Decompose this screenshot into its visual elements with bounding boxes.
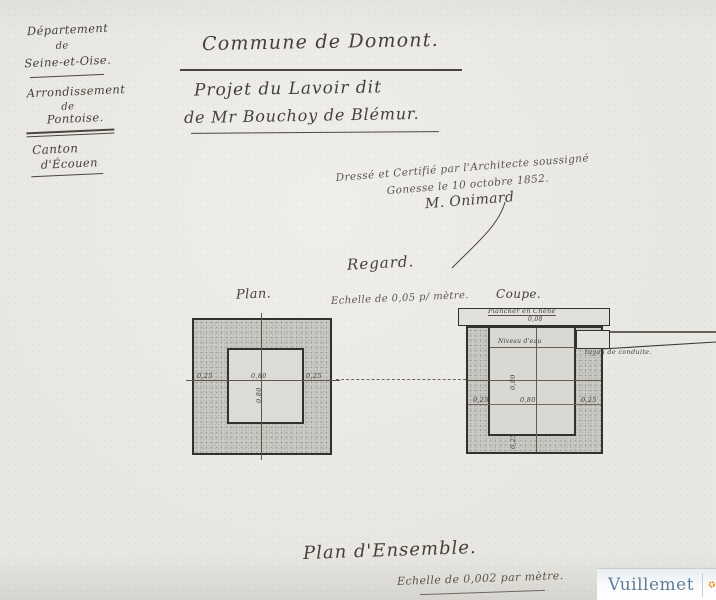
arrondissement-line1: Arrondissement	[26, 82, 125, 100]
project-line2: de Mr Bouchoy de Blémur.	[184, 104, 420, 127]
coupe-dim-depth: 0,80	[509, 374, 517, 390]
ensemble-scale: Echelle de 0,002 par mètre.	[397, 569, 564, 588]
plan-scale: Echelle de 0,05 p/ mètre.	[331, 290, 469, 307]
canton-line2: d'Écouen	[40, 155, 98, 171]
arrondissement-line3: Pontoise.	[47, 110, 104, 126]
coupe-dim-line	[468, 404, 601, 405]
plan-inner-basin	[227, 348, 304, 424]
plan-centerline-h	[186, 380, 340, 381]
plan-label: Plan.	[236, 286, 272, 302]
plan-dim-center: 0,80	[251, 372, 267, 380]
plan-dim-left: 0,25	[197, 372, 213, 380]
pipe-label: tuyau de conduite.	[585, 348, 652, 356]
project-line1: Projet du Lavoir dit	[194, 77, 382, 100]
pipe-connector	[576, 330, 610, 349]
coupe-dim-left: 0,25	[473, 396, 489, 404]
coupe-water-level-label: Niveau d'eau	[498, 338, 542, 345]
scanned-document: Département de Seine-et-Oise. Arrondisse…	[0, 0, 716, 600]
coupe-water-line	[490, 347, 575, 348]
margin-rule-3	[31, 173, 103, 178]
coupe-dim-right: 0,25	[581, 396, 597, 404]
departement-line3: Seine-et-Oise.	[24, 53, 111, 71]
aperture-icon	[706, 573, 716, 595]
coupe-centerline-h	[468, 380, 601, 381]
watermark-logo[interactable]: Vuillemet	[597, 569, 716, 600]
margin-rule-1	[30, 74, 104, 79]
canton-line1: Canton	[32, 141, 79, 157]
coupe-plank-dim: 0,08	[528, 316, 543, 323]
coupe-dim-center: 0,80	[520, 396, 536, 404]
coupe-label: Coupe.	[496, 287, 541, 301]
projection-dashed-line	[336, 379, 466, 380]
margin-annotations: Département de Seine-et-Oise. Arrondisse…	[0, 0, 164, 203]
ensemble-scale-rule	[420, 590, 545, 595]
departement-line2: de	[55, 40, 69, 52]
regard-title: Regard.	[347, 252, 415, 273]
title-rule	[180, 69, 462, 71]
ensemble-title: Plan d'Ensemble.	[303, 537, 477, 564]
watermark-name: Vuillemet	[597, 575, 694, 595]
departement-line1: Département	[27, 21, 109, 39]
coupe-dim-slab: 0,25	[509, 433, 517, 449]
plan-dim-vertical: 0,80	[255, 387, 263, 403]
page-title: Commune de Domont.	[202, 29, 439, 55]
coupe-centerline-v	[536, 328, 537, 452]
plan-dim-right: 0,25	[306, 372, 322, 380]
coupe-plank-label: Plancher en Chêne	[488, 307, 556, 316]
project-rule	[191, 131, 439, 134]
